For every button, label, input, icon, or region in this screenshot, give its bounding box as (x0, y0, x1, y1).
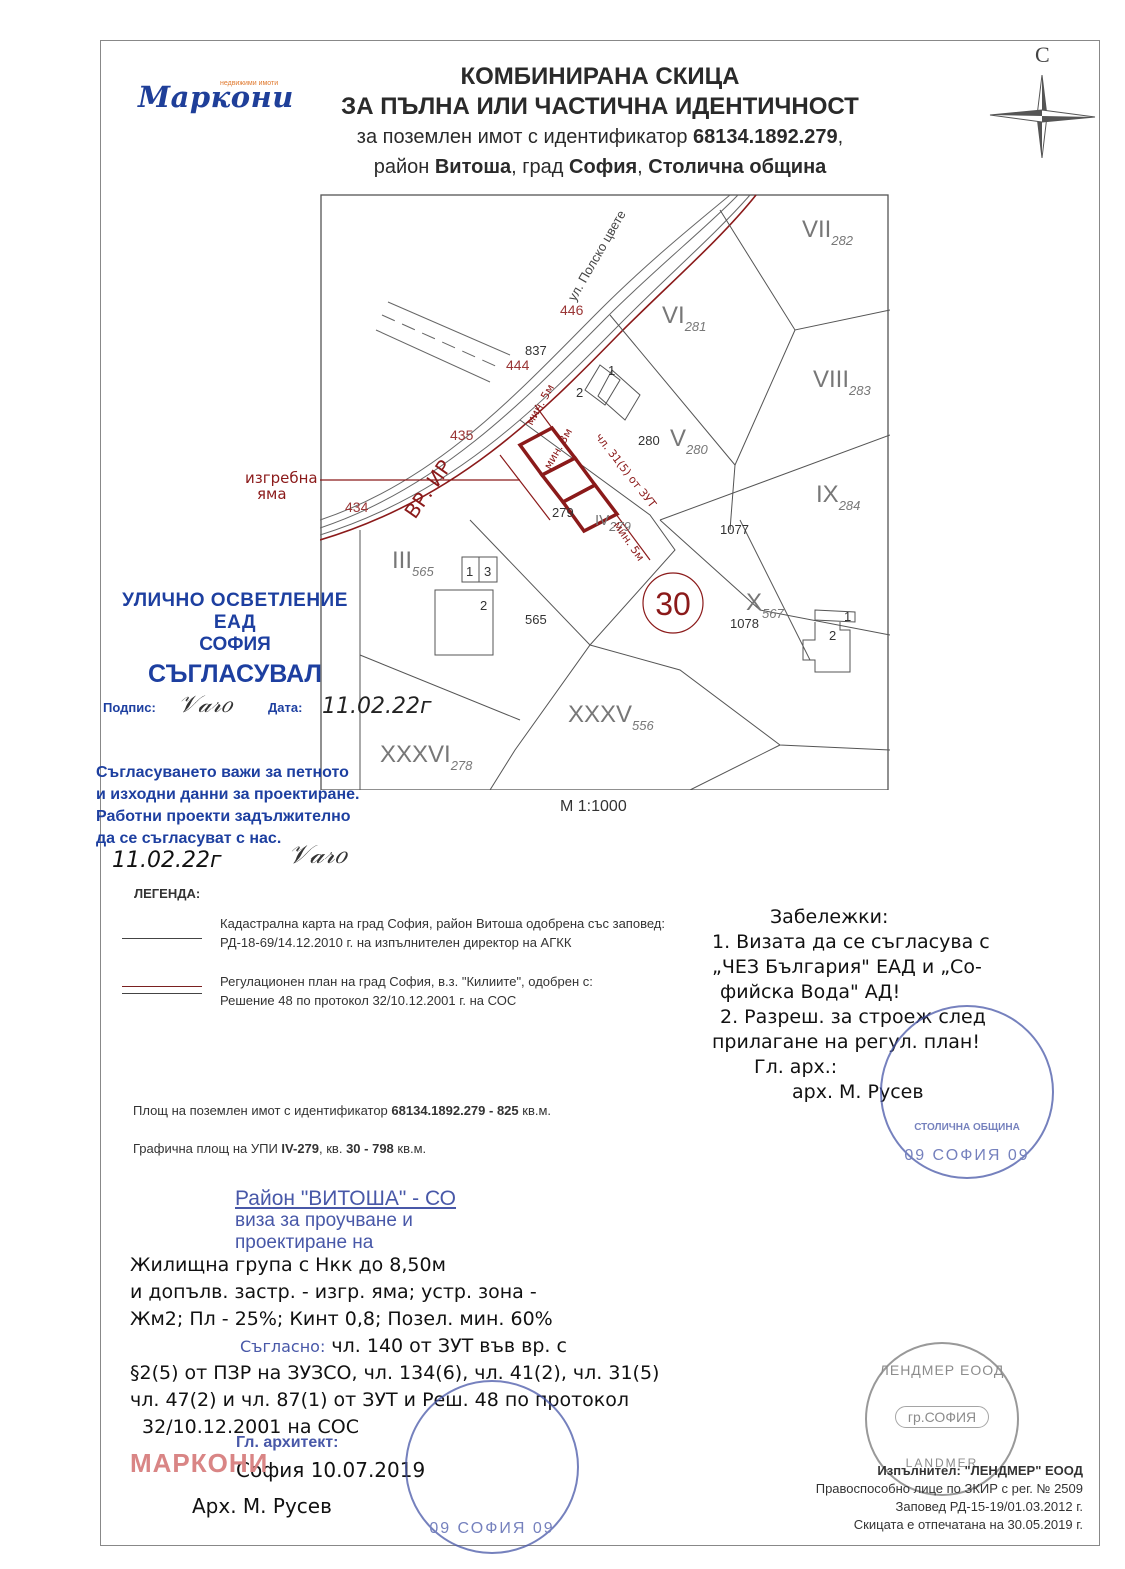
svg-text:XXXV556: XXXV556 (568, 701, 654, 733)
lighting-approval-date: 11.02.22г (322, 694, 432, 719)
svg-text:2: 2 (576, 385, 583, 400)
svg-text:1: 1 (466, 564, 473, 579)
svg-text:2: 2 (829, 628, 836, 643)
svg-text:VI281: VI281 (662, 302, 706, 334)
svg-text:ул. Полско цвете: ул. Полско цвете (565, 208, 629, 304)
title-line-4: район Витоша, град София, Столична общин… (300, 152, 900, 182)
svg-text:1077: 1077 (720, 522, 749, 537)
svg-text:446: 446 (560, 302, 584, 318)
svg-text:3: 3 (484, 564, 491, 579)
legend-item-cadastral: Кадастрална карта на град София, район В… (220, 914, 665, 952)
municipality-stamp: СТОЛИЧНА ОБЩИНА 09 СОФИЯ 09 (880, 1005, 1054, 1179)
vitosha-round-stamp: 09 СОФИЯ 09 (405, 1380, 579, 1554)
lighting-signature: 𝒱𝒶𝓇𝑜 (178, 690, 232, 718)
svg-text:435: 435 (450, 427, 474, 443)
compass-rose-icon: С (985, 40, 1100, 165)
svg-text:1078: 1078 (730, 616, 759, 631)
svg-text:565: 565 (525, 612, 547, 627)
svg-text:1: 1 (844, 609, 851, 624)
svg-text:279: 279 (552, 505, 574, 520)
svg-text:444: 444 (506, 357, 530, 373)
document-title: КОМБИНИРАНА СКИЦА ЗА ПЪЛНА ИЛИ ЧАСТИЧНА … (300, 62, 900, 182)
land-area-line: Площ на поземлен имот с идентификатор 68… (133, 1103, 551, 1118)
svg-text:434: 434 (345, 499, 369, 515)
logo-tagline: недвижими имоти (220, 80, 278, 87)
visa-handwritten-text: Жилищна група с Нкк до 8,50м и допълв. з… (130, 1252, 659, 1441)
svg-text:VIII283: VIII283 (813, 366, 871, 398)
map-scale: М 1:1000 (560, 798, 627, 816)
executor-block: Изпълнител: "ЛЕНДМЕР" ЕООД Правоспособно… (816, 1462, 1083, 1534)
svg-text:III565: III565 (392, 547, 434, 579)
title-line-2: ЗА ПЪЛНА ИЛИ ЧАСТИЧНА ИДЕНТИЧНОСТ (300, 92, 900, 122)
marconi-watermark: МАРКОНИ (130, 1448, 268, 1479)
svg-text:1: 1 (608, 363, 615, 378)
legend-regulation-line-2 (122, 993, 202, 994)
svg-text:30: 30 (655, 586, 691, 622)
svg-text:VII282: VII282 (802, 216, 854, 248)
svg-text:280: 280 (638, 433, 660, 448)
lighting-approval-note: Съгласуването важи за петното и изходни … (96, 762, 359, 850)
property-identifier: 68134.1892.279 (693, 126, 838, 148)
svg-text:С: С (1035, 42, 1050, 67)
lighting-note-signature: 𝒱𝒶𝓇𝑜 (288, 840, 346, 871)
upi-area-line: Графична площ на УПИ IV-279, кв. 30 - 79… (133, 1141, 426, 1156)
legend-item-regulation: Регулационен план на град София, в.з. "К… (220, 972, 593, 1010)
svg-text:IX284: IX284 (816, 481, 860, 513)
svg-text:V280: V280 (670, 425, 708, 457)
vitosha-visa-stamp: Район "ВИТОША" - СО виза за проучване и … (235, 1188, 456, 1254)
legend-regulation-line (122, 986, 202, 987)
land-area-value: 825 (497, 1103, 519, 1118)
svg-text:XXXVI278: XXXVI278 (380, 741, 473, 773)
lighting-company-stamp: УЛИЧНО ОСВЕТЛЕНИЕ ЕАД СОФИЯ СЪГЛАСУВАЛ (100, 590, 370, 689)
visa-architect-name: Арх. М. Русев (192, 1494, 332, 1518)
svg-text:мин. 5м: мин. 5м (523, 382, 557, 427)
title-line-1: КОМБИНИРАНА СКИЦА (300, 62, 900, 92)
title-line-3: за поземлен имот с идентификатор 68134.1… (300, 122, 900, 152)
upi-area-value: 798 (372, 1141, 394, 1156)
legend-cadastral-line (122, 938, 202, 939)
legend-title: ЛЕГЕНДА: (134, 886, 200, 901)
lighting-note-date: 11.02.22г (112, 848, 222, 873)
svg-text:2: 2 (480, 598, 487, 613)
pit-label: изгребна яма (245, 470, 318, 502)
svg-text:837: 837 (525, 343, 547, 358)
